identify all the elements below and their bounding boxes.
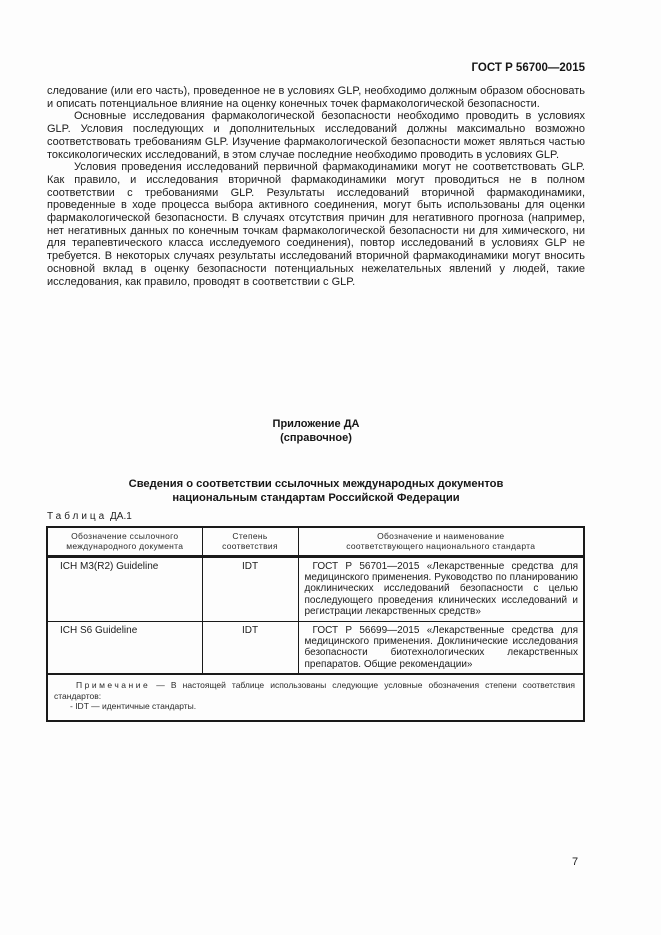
annex-label: Приложение ДА (47, 418, 585, 432)
table-note-row: Примечание — В настоящей таблице использ… (47, 674, 584, 721)
body-paragraph-2: Основные исследования фармакологической … (47, 110, 585, 161)
cell-standard: ГОСТ Р 56699—2015 «Лекарственные средств… (298, 621, 584, 674)
table-note-label: Примечание (76, 680, 150, 690)
document-page: { "page": { "doc_number": "ГОСТ Р 56700—… (0, 0, 661, 935)
header-degree-line-1: Степень (207, 531, 294, 542)
table-note-item: - IDT — идентичные стандарты. (70, 701, 575, 712)
annex-title: Сведения о соответствии ссылочных междун… (47, 477, 585, 505)
body-paragraph-1: следование (или его часть), проведенное … (47, 85, 585, 110)
annex-title-line-2: национальным стандартам Российской Федер… (47, 491, 585, 505)
header-standard-line-1: Обозначение и наименование (303, 531, 580, 542)
header-degree-line-2: соответствия (207, 541, 294, 552)
cell-document: ICH M3(R2) Guideline (47, 556, 202, 621)
table-caption-word: Таблица (47, 511, 107, 522)
table-header-cell-standard: Обозначение и наименование соответствующ… (298, 527, 584, 556)
page-header-doc-number: ГОСТ Р 56700—2015 (472, 62, 585, 74)
reference-standards-table: Обозначение ссылочного международного до… (46, 526, 585, 722)
body-paragraph-3: Условия проведения исследований первично… (47, 161, 585, 288)
table-note-text: Примечание — В настоящей таблице использ… (54, 680, 575, 701)
table-note: Примечание — В настоящей таблице использ… (47, 674, 584, 721)
table-header-cell-degree: Степень соответствия (202, 527, 298, 556)
table-caption-number: ДА.1 (110, 511, 132, 522)
cell-standard: ГОСТ Р 56701—2015 «Лекарственные средств… (298, 556, 584, 621)
annex-subtype: (справочное) (47, 432, 585, 446)
header-document-line-2: международного документа (52, 541, 198, 552)
page-number: 7 (572, 856, 578, 868)
header-document-line-1: Обозначение ссылочного (52, 531, 198, 542)
table-header-row: Обозначение ссылочного международного до… (47, 527, 584, 556)
body-text-block: следование (или его часть), проведенное … (47, 85, 585, 288)
cell-degree: IDT (202, 621, 298, 674)
cell-document: ICH S6 Guideline (47, 621, 202, 674)
cell-degree: IDT (202, 556, 298, 621)
table-header-cell-document: Обозначение ссылочного международного до… (47, 527, 202, 556)
table-caption: Таблица ДА.1 (47, 511, 132, 522)
annex-title-line-1: Сведения о соответствии ссылочных междун… (47, 477, 585, 491)
header-standard-line-2: соответствующего национального стандарта (303, 541, 580, 552)
table-row: ICH S6 Guideline IDT ГОСТ Р 56699—2015 «… (47, 621, 584, 674)
annex-heading: Приложение ДА (справочное) (47, 418, 585, 445)
table-row: ICH M3(R2) Guideline IDT ГОСТ Р 56701—20… (47, 556, 584, 621)
